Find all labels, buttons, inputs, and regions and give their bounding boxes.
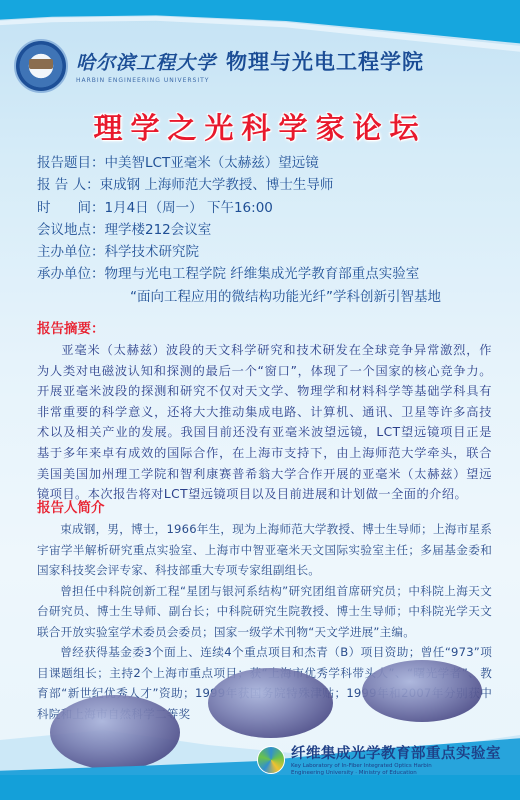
info-label: 承办单位： (37, 263, 105, 285)
info-value: 束成钢 上海师范大学教授、博士生导师 (100, 174, 334, 196)
info-host: 主办单位： 科学技术研究院 (37, 241, 497, 263)
telescope-dish-image (208, 668, 333, 738)
info-value: “面向工程应用的微结构功能光纤”学科创新引智基地 (130, 286, 441, 308)
university-logo: 哈尔滨工程大学 HARBIN ENGINEERING UNIVERSITY (76, 48, 216, 84)
bottom-band (0, 775, 520, 800)
forum-title: 理学之光科学家论坛 (0, 106, 520, 147)
info-organizer-line2: “面向工程应用的微结构功能光纤”学科创新引智基地 (37, 286, 497, 308)
abstract-heading: 报告摘要： (37, 318, 492, 340)
university-name-en: HARBIN ENGINEERING UNIVERSITY (76, 77, 216, 84)
info-venue: 会议地点： 理学楼212会议室 (37, 219, 497, 241)
info-speaker: 报 告 人： 束成钢 上海师范大学教授、博士生导师 (37, 174, 497, 196)
info-label: 报 告 人： (37, 174, 100, 196)
info-value: 科学技术研究院 (105, 241, 200, 263)
info-label: 会议地点： (37, 219, 105, 241)
info-label: 时 间： (37, 197, 105, 219)
lab-name-block: 纤维集成光学教育部重点实验室 Key Laboratory of In-Fibe… (291, 742, 501, 777)
info-value: 1月4日（周一） 下午16:00 (105, 197, 273, 219)
lab-emblem-icon (257, 746, 285, 774)
university-name-cn: 哈尔滨工程大学 (76, 48, 216, 75)
info-value: 物理与光电工程学院 纤维集成光学教育部重点实验室 (105, 263, 420, 285)
abstract-text: 亚毫米（太赫兹）波段的天文科学研究和技术研发在全球竞争异常激烈，作为人类对电磁波… (37, 340, 492, 505)
info-time: 时 间： 1月4日（周一） 下午16:00 (37, 197, 497, 219)
lab-name-en-1: Key Laboratory of In-Fiber Integrated Op… (291, 763, 501, 770)
poster-header: 哈尔滨工程大学 HARBIN ENGINEERING UNIVERSITY 物理… (14, 36, 424, 96)
event-info: 报告题目： 中美智LCT亚毫米（太赫兹）望远镜 报 告 人： 束成钢 上海师范大… (37, 152, 497, 308)
info-label: 主办单位： (37, 241, 105, 263)
lab-logo: 纤维集成光学教育部重点实验室 Key Laboratory of In-Fibe… (257, 742, 501, 777)
info-value: 中美智LCT亚毫米（太赫兹）望远镜 (105, 152, 319, 174)
university-seal-icon (14, 39, 68, 93)
telescope-dish-image (362, 660, 482, 722)
bio-paragraph: 曾担任中科院创新工程“星团与银河系结构”研究团组首席研究员；中科院上海天文台研究… (37, 581, 492, 643)
info-label: 报告题目： (37, 152, 105, 174)
info-topic: 报告题目： 中美智LCT亚毫米（太赫兹）望远镜 (37, 152, 497, 174)
lab-name-cn: 纤维集成光学教育部重点实验室 (291, 742, 501, 763)
telescope-dish-image (50, 695, 180, 770)
abstract-section: 报告摘要： 亚毫米（太赫兹）波段的天文科学研究和技术研发在全球竞争异常激烈，作为… (37, 318, 492, 505)
school-name: 物理与光电工程学院 (226, 46, 424, 76)
info-value: 理学楼212会议室 (105, 219, 212, 241)
info-organizer: 承办单位： 物理与光电工程学院 纤维集成光学教育部重点实验室 (37, 263, 497, 285)
lab-name-en-2: Engineering University · Ministry of Edu… (291, 770, 501, 777)
bio-paragraph: 束成钢，男，博士，1966年生，现为上海师范大学教授、博士生导师；上海市星系宇宙… (37, 519, 492, 581)
bio-heading: 报告人简介 (37, 497, 492, 519)
